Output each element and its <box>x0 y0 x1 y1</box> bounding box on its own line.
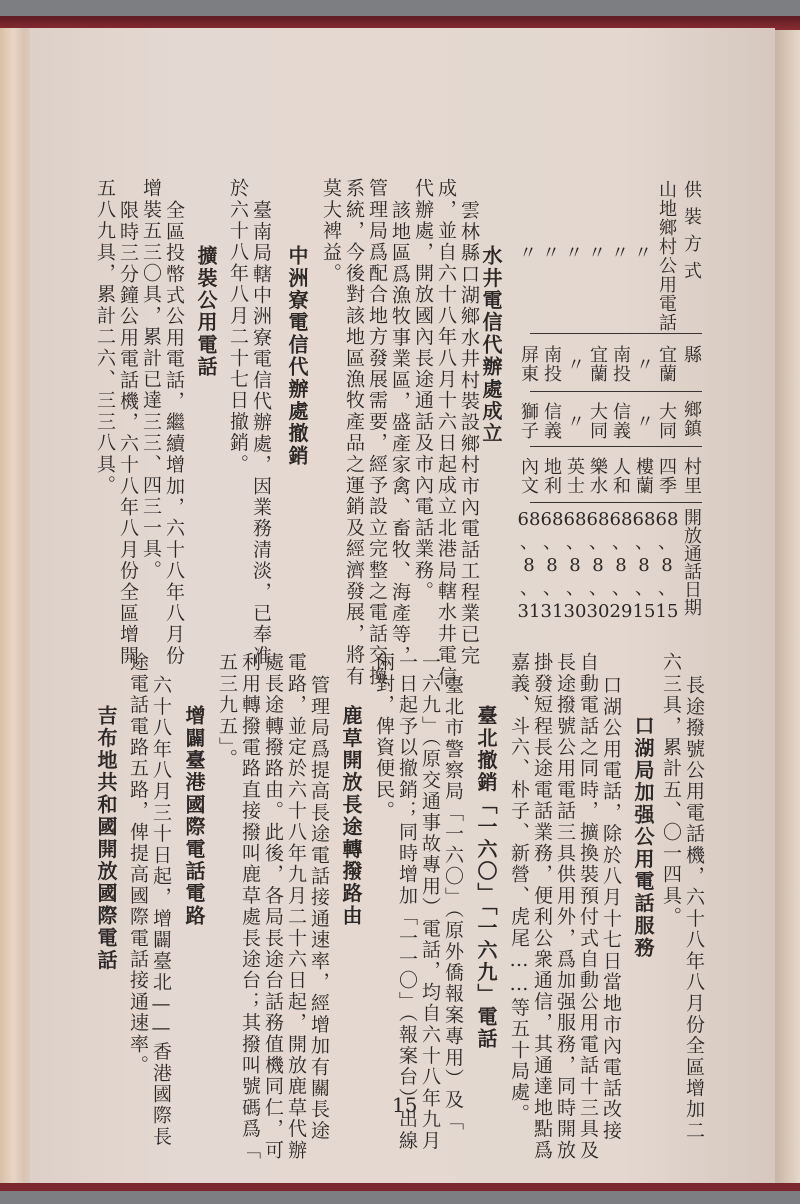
section-title-taipei: 臺北撤銷「一六〇」「一六九」電話 <box>475 705 497 1050</box>
table-cell-type: 〃 <box>607 243 629 262</box>
paragraph-line: 嘉義、斗六、朴子、新營、虎尾……等五十局處。 <box>508 652 530 1124</box>
table-cell-township: 〃 <box>632 412 654 431</box>
paragraph-line: 成，並自六十八年八月十六日起成立北港局轄水井電信 <box>435 178 457 687</box>
section-title-taigang: 增闢臺港國際電話電路 <box>183 705 205 927</box>
table-cell-township: 〃 <box>563 412 585 431</box>
paragraph-line: 管理局爲提高長途電話接通速率，經增加有關長途 <box>308 675 330 1141</box>
section-title-lucao: 鹿草開放長途轉撥路由 <box>340 705 362 927</box>
page-stack-edge <box>0 28 34 1186</box>
section-title-djibouti: 吉布地共和國開放國際電話 <box>95 705 117 971</box>
table-cell-county: 宜蘭 <box>586 345 608 383</box>
table-cell-village: 英士 <box>563 457 585 495</box>
table-cell-type: 〃 <box>561 243 583 262</box>
paragraph-line: 掛發短程長途電話業務，便利公衆通信，其通達地點爲 <box>531 652 553 1161</box>
table-rule <box>530 446 702 447</box>
table-cell-county: 屏東 <box>517 345 539 383</box>
table-cell-county: 南投 <box>609 345 631 383</box>
table-rule <box>530 333 702 334</box>
table-rule <box>530 391 702 392</box>
paragraph-line: 五三九五」。 <box>216 652 238 770</box>
table-cell-village: 人和 <box>609 457 631 495</box>
paragraph-line: 於六十八年八月二十七日撤銷。 <box>227 178 249 475</box>
table-header-village: 村里 <box>680 457 702 495</box>
paragraph-line: 長途撥號公用電話三具供用外，爲加强服務，同時開放 <box>554 652 576 1161</box>
section-title-zhongzhouliao: 中洲寮電信代辦處撤銷 <box>286 245 308 467</box>
table-cell-village: 四季 <box>655 457 677 495</box>
section-title-kouhu: 口湖局加强公用電話服務 <box>632 715 654 959</box>
table-cell-village: 樂水 <box>586 457 608 495</box>
paragraph-line: 管理局爲配合地方發展需要，經予設立完整之電話交換 <box>366 178 388 687</box>
paragraph-line: 雲林縣口湖鄉水井村裝設鄉村市內電話工程業已完 <box>458 200 480 666</box>
section-title-kuozhuang: 擴裝公用電話 <box>195 245 217 378</box>
paragraph-line: 利用轉撥電路直接撥叫鹿草處長途台；其撥叫號碼爲「 <box>239 652 261 1161</box>
table-cell-date: 68、8、31 <box>514 508 544 623</box>
paragraph-line: 處長途轉撥路由。此後，各局長途台話務值機同仁，可 <box>262 652 284 1161</box>
table-cell-township: 信義 <box>540 402 562 440</box>
paragraph-line: 莫大裨益。 <box>320 178 342 284</box>
page-number: 15 <box>392 1093 417 1117</box>
table-cell-type: 〃 <box>584 243 606 262</box>
table-cell-type: 〃 <box>630 243 652 262</box>
table-header-date: 開放通話日期 <box>680 508 702 616</box>
table-cell-township: 大同 <box>655 402 677 440</box>
table-cell-type: 山地鄉村公用電話 <box>655 180 677 332</box>
section-title-shuijing: 水井電信代辦處成立 <box>480 245 502 445</box>
table-header-county: 縣 <box>680 345 702 364</box>
paragraph-line: 六三具，累計五、〇一四具。 <box>660 652 682 928</box>
table-cell-township: 獅子 <box>517 402 539 440</box>
paragraph-line: 電路，並定於六十八年九月二十六日起，開放鹿草代辦 <box>285 652 307 1161</box>
paragraph-line: 臺南局轄中洲寮電信代辦處，因業務清淡，已奉准 <box>250 200 272 666</box>
paragraph-line: 五八九具，累計二六、三三八具。 <box>94 178 116 496</box>
next-page-edge <box>775 30 800 1190</box>
paragraph-line: 長途撥號公用電話機，六十八年八月份全區增加二 <box>683 675 705 1141</box>
table-cell-county: 〃 <box>563 355 585 374</box>
paragraph-line: 限時三分鐘公用電話機，六十八年八月份全區增開 <box>117 200 139 666</box>
table-header-type: 供裝方式 <box>680 180 702 288</box>
table-cell-county: 〃 <box>632 355 654 374</box>
paragraph-line: 全區投幣式公用電話，繼續增加，六十八年八月份 <box>163 200 185 666</box>
table-header-township: 鄉鎮 <box>680 400 702 438</box>
table-cell-village: 地利 <box>540 457 562 495</box>
table-cell-county: 宜蘭 <box>655 345 677 383</box>
paragraph-line: 代辦處，開放國內長途通話及市內電話業務。 <box>412 178 434 602</box>
table-cell-type: 〃 <box>515 243 537 262</box>
paragraph-line: 一六九」（原交通事故專用）電話，均自六十八年九月 <box>419 652 441 1151</box>
paragraph-line: 六十八年八月三十日起，增闢臺北——香港國際長 <box>150 675 172 1147</box>
paragraph-line: 增裝五三〇具，累計已達三三、四三一具。 <box>140 178 162 581</box>
table-rule <box>530 502 702 503</box>
paragraph-line: 該地區爲漁牧事業區，盛產家禽、畜牧、海產等， <box>389 200 411 666</box>
book-cover-bottom-edge <box>0 1183 800 1191</box>
table-cell-county: 南投 <box>540 345 562 383</box>
paragraph-line: 口湖公用電話，除於八月十七日當地市內電話改接 <box>600 675 622 1141</box>
paragraph-line: 自動電話之同時，擴換裝預付式自動公用電話十三具及 <box>577 652 599 1161</box>
paragraph-line: 臺北市警察局「一六〇」（原外僑報案專用）及「 <box>442 675 464 1132</box>
table-cell-township: 信義 <box>609 402 631 440</box>
table-cell-type: 〃 <box>538 243 560 262</box>
paragraph-line: 一日起予以撤銷；同時增加「一一〇」（報案台）出線 <box>396 652 418 1151</box>
paragraph-line: 途電話電路五路，俾提高國際電話接通速率。 <box>127 652 149 1076</box>
table-cell-township: 大同 <box>586 402 608 440</box>
table-cell-village: 樓蘭 <box>632 457 654 495</box>
table-cell-village: 內文 <box>517 457 539 495</box>
paragraph-line: 兩對，俾資便民。 <box>373 652 395 822</box>
paragraph-line: 系統，今後對該地區漁牧產品之運銷及經濟發展，將有 <box>343 178 365 687</box>
